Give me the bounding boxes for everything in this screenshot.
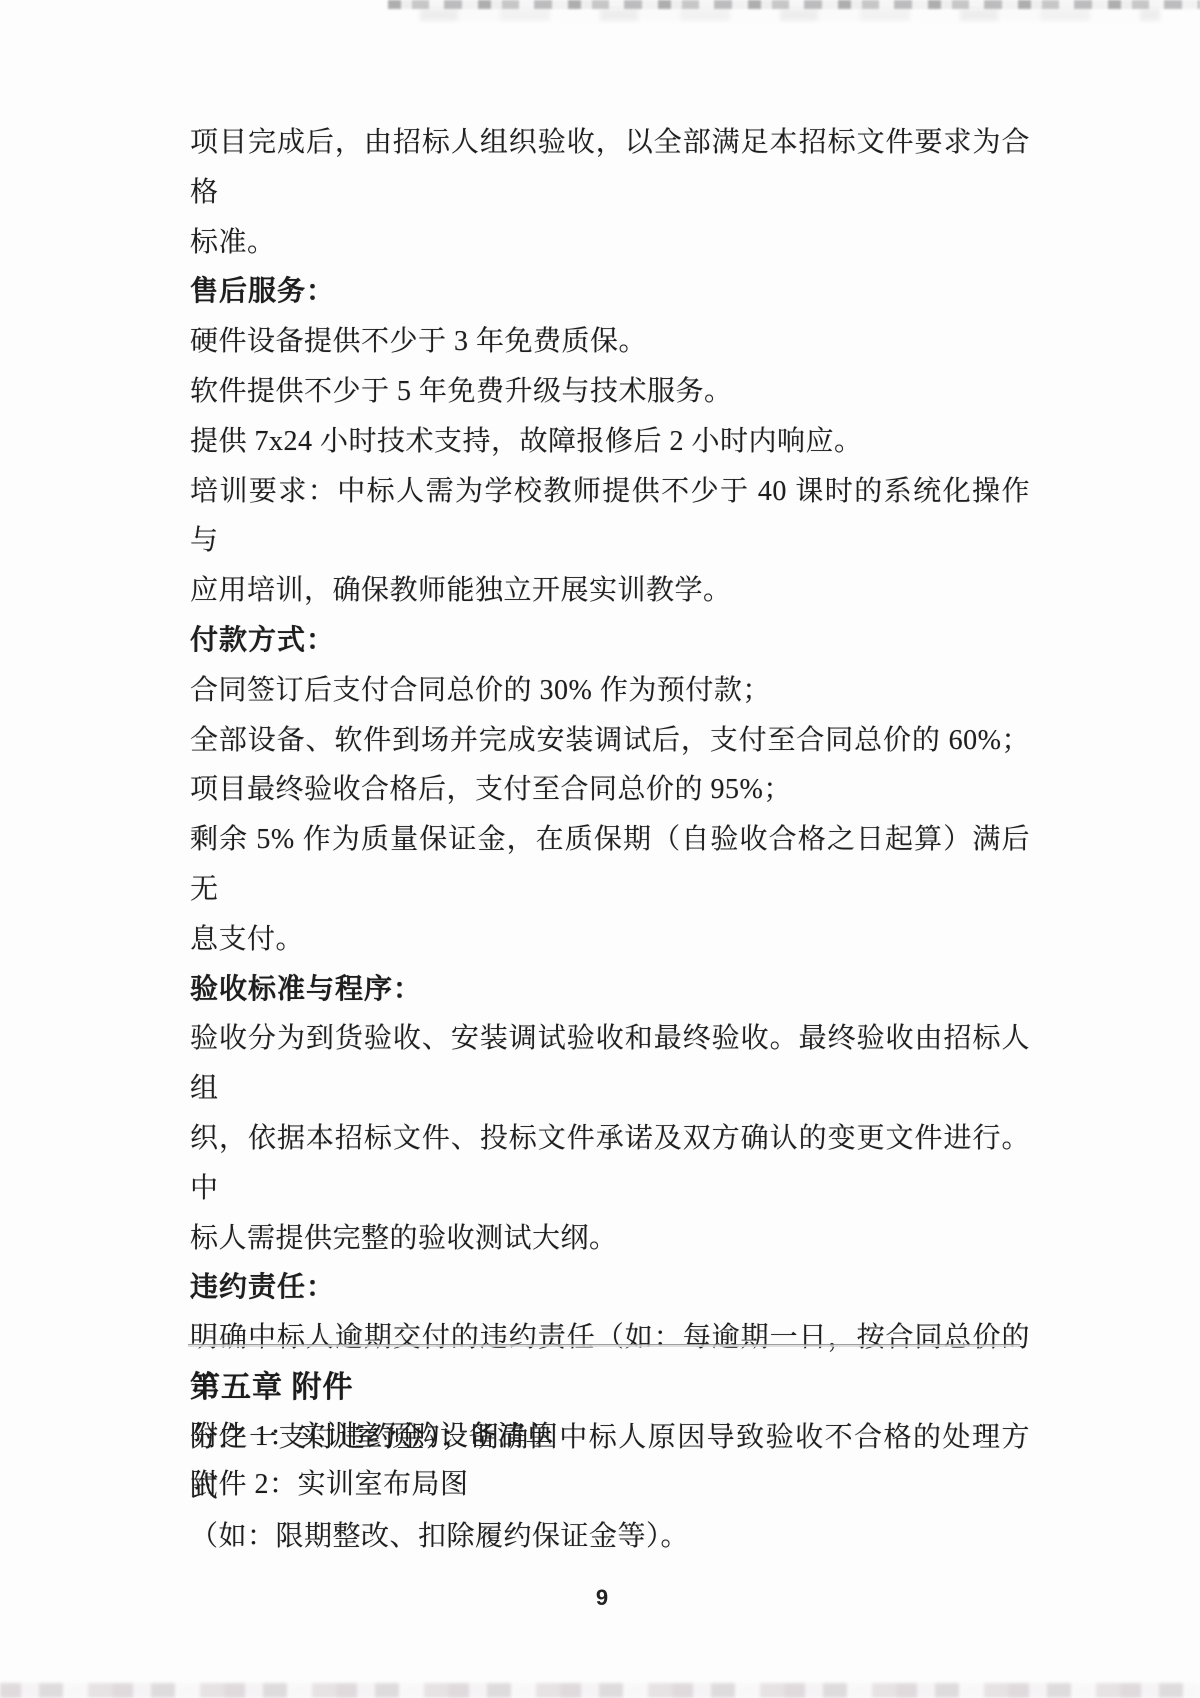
section-heading: 售后服务：	[190, 267, 1030, 317]
appendix-list: 附件 1：实训室预购设备清单附件 2：实训室布局图	[190, 1413, 1030, 1509]
text-line: 软件提供不少于 5 年免费升级与技术服务。	[190, 367, 1030, 417]
scan-artifact-top	[388, 0, 1200, 9]
scan-artifact-bottom	[0, 1683, 1200, 1698]
text-line: 项目最终验收合格后，支付至合同总价的 95%；	[190, 765, 1030, 815]
page-number: 9	[580, 1585, 624, 1611]
text-line: 培训要求：中标人需为学校教师提供不少于 40 课时的系统化操作与	[190, 467, 1030, 567]
section-heading: 违约责任：	[190, 1263, 1030, 1313]
text-line: 息支付。	[190, 915, 1030, 965]
text-line: 硬件设备提供不少于 3 年免费质保。	[190, 317, 1030, 367]
appendix-item: 附件 2：实训室布局图	[190, 1461, 1030, 1509]
scan-artifact-top-smudge	[420, 9, 1160, 21]
text-line: 剩余 5% 作为质量保证金，在质保期（自验收合格之日起算）满后无	[190, 815, 1030, 915]
section-heading: 验收标准与程序：	[190, 965, 1030, 1015]
appendix-item: 附件 1：实训室预购设备清单	[190, 1413, 1030, 1461]
section-divider	[188, 1344, 1020, 1347]
text-line: 应用培训，确保教师能独立开展实训教学。	[190, 566, 1030, 616]
text-line: 织，依据本招标文件、投标文件承诺及双方确认的变更文件进行。中	[190, 1114, 1030, 1214]
text-line: 提供 7x24 小时技术支持，故障报修后 2 小时内响应。	[190, 417, 1030, 467]
text-line: 标准。	[190, 218, 1030, 268]
text-line: 全部设备、软件到场并完成安装调试后，支付至合同总价的 60%；	[190, 716, 1030, 766]
text-line: 标人需提供完整的验收测试大纲。	[190, 1214, 1030, 1264]
chapter-heading: 第五章 附件	[190, 1363, 1030, 1413]
section-heading: 付款方式：	[190, 616, 1030, 666]
appendix-section: 第五章 附件 附件 1：实训室预购设备清单附件 2：实训室布局图	[190, 1363, 1030, 1509]
text-line: 合同签订后支付合同总价的 30% 作为预付款；	[190, 666, 1030, 716]
text-line: 验收分为到货验收、安装调试验收和最终验收。最终验收由招标人组	[190, 1014, 1030, 1114]
document-page: 项目完成后，由招标人组织验收，以全部满足本招标文件要求为合格标准。售后服务：硬件…	[0, 0, 1200, 1698]
text-line: 项目完成后，由招标人组织验收，以全部满足本招标文件要求为合格	[190, 118, 1030, 218]
text-line: （如：限期整改、扣除履约保证金等）。	[190, 1512, 1030, 1562]
